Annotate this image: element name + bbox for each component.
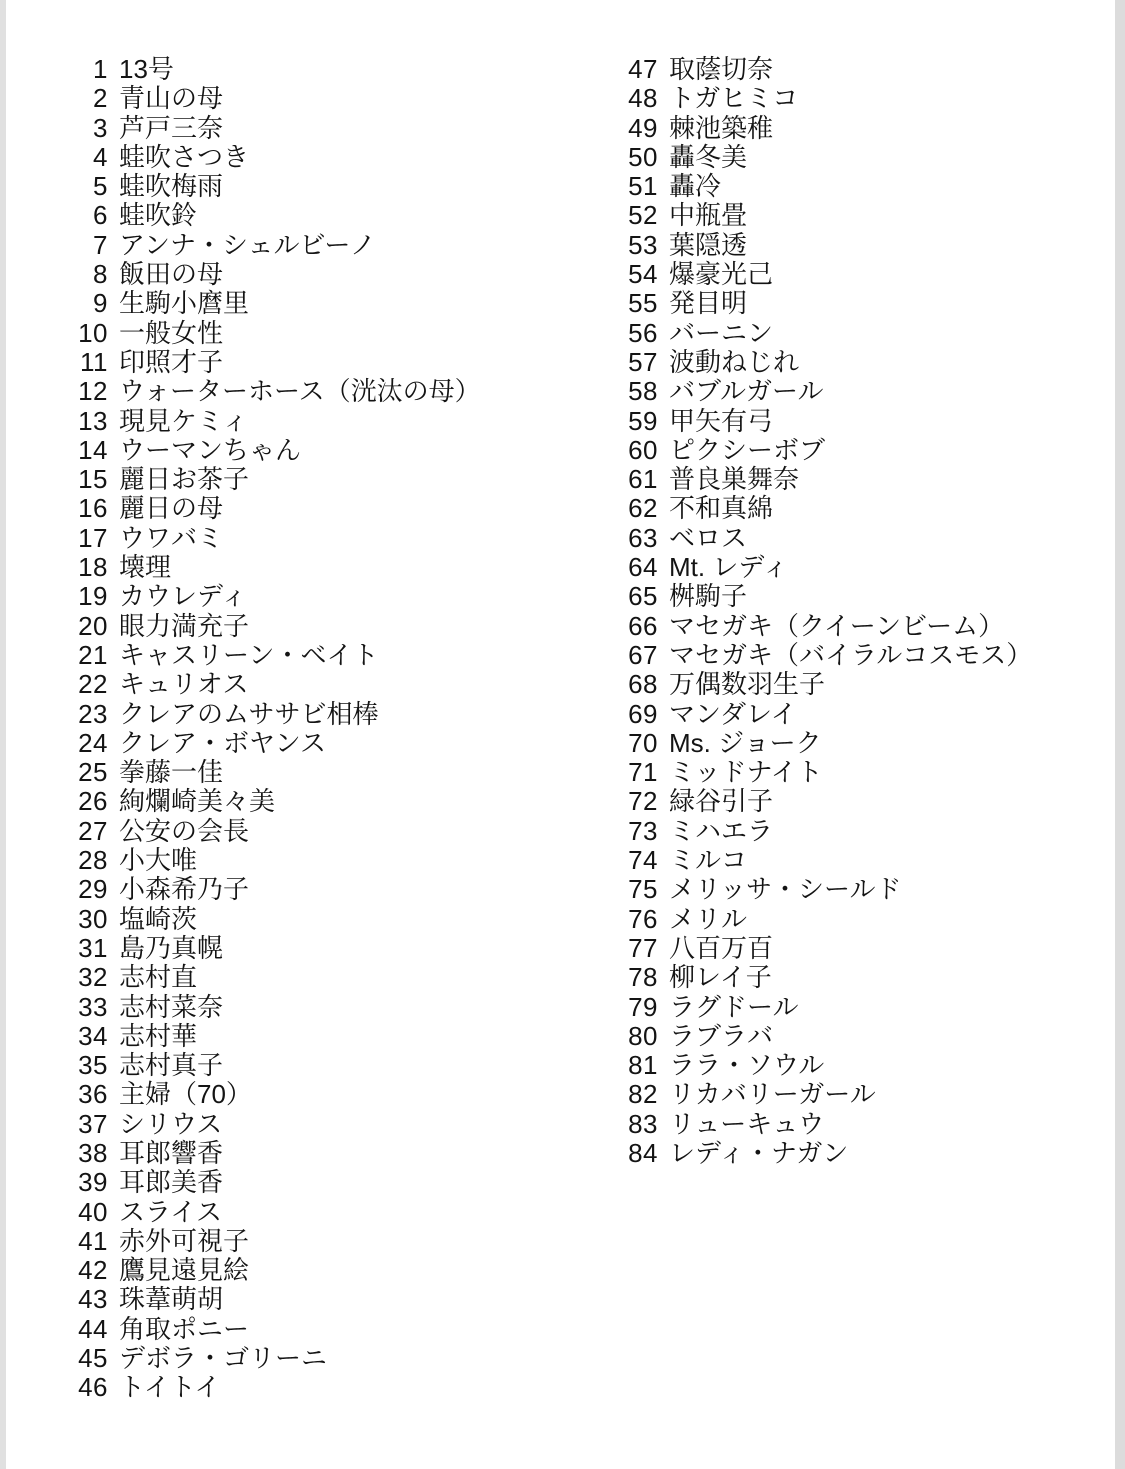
list-entry: 30塩崎茨 <box>68 905 618 934</box>
entry-name: ラグドール <box>669 993 798 1022</box>
list-entry: 10一般女性 <box>68 319 618 348</box>
entry-number: 3 <box>68 114 108 143</box>
list-entry: 57波動ねじれ <box>618 348 1032 377</box>
list-entry: 9生駒小麿里 <box>68 289 618 318</box>
entry-number: 10 <box>68 319 108 348</box>
list-entry: 113号 <box>68 55 618 84</box>
entry-name: キャスリーン・ベイト <box>119 641 378 670</box>
entry-number: 48 <box>618 84 658 113</box>
list-entry: 54爆豪光己 <box>618 260 1032 289</box>
entry-name: 志村菜奈 <box>119 993 223 1022</box>
entry-number: 63 <box>618 524 658 553</box>
entry-number: 16 <box>68 494 108 523</box>
list-entry: 47取蔭切奈 <box>618 55 1032 84</box>
entry-number: 45 <box>68 1344 108 1373</box>
list-entry: 22キュリオス <box>68 670 618 699</box>
list-entry: 70Ms. ジョーク <box>618 729 1032 758</box>
entry-number: 64 <box>618 553 658 582</box>
entry-name: 甲矢有弓 <box>669 407 773 436</box>
list-entry: 50轟冬美 <box>618 143 1032 172</box>
entry-name: 珠葦萌胡 <box>119 1285 223 1314</box>
entry-number: 9 <box>68 289 108 318</box>
list-entry: 5蛙吹梅雨 <box>68 172 618 201</box>
entry-name: デボラ・ゴリーニ <box>119 1344 327 1373</box>
entry-number: 11 <box>68 348 108 377</box>
entry-name: 眼力満充子 <box>119 612 249 641</box>
list-entry: 19カウレディ <box>68 582 618 611</box>
entry-number: 80 <box>618 1022 658 1051</box>
entry-name: 緑谷引子 <box>669 787 773 816</box>
entry-name: 麗日お茶子 <box>119 465 249 494</box>
list-entry: 12ウォーターホース（洸汰の母） <box>68 377 618 406</box>
entry-name: 一般女性 <box>119 319 223 348</box>
list-entry: 39耳郎美香 <box>68 1168 618 1197</box>
entry-name: 壊理 <box>119 553 171 582</box>
entry-name: ベロス <box>669 524 747 553</box>
list-entry: 36主婦（70） <box>68 1080 618 1109</box>
list-entry: 80ラブラバ <box>618 1022 1032 1051</box>
entry-number: 62 <box>618 494 658 523</box>
entry-number: 79 <box>618 993 658 1022</box>
list-entry: 29小森希乃子 <box>68 875 618 904</box>
list-entry: 4蛙吹さつき <box>68 143 618 172</box>
list-entry: 79ラグドール <box>618 993 1032 1022</box>
entry-number: 53 <box>618 231 658 260</box>
entry-number: 60 <box>618 436 658 465</box>
entry-number: 21 <box>68 641 108 670</box>
list-entry: 3芦戸三奈 <box>68 114 618 143</box>
list-entry: 18壊理 <box>68 553 618 582</box>
right-gutter <box>1115 0 1125 1469</box>
entry-name: ウワバミ <box>119 524 223 553</box>
entry-name: 轟冬美 <box>669 143 747 172</box>
entry-number: 70 <box>618 729 658 758</box>
list-entry: 55発目明 <box>618 289 1032 318</box>
entry-name: 小大唯 <box>119 846 197 875</box>
entry-number: 7 <box>68 231 108 260</box>
list-entry: 33志村菜奈 <box>68 993 618 1022</box>
document-page: 113号2青山の母3芦戸三奈4蛙吹さつき5蛙吹梅雨6蛙吹鈴7アンナ・シェルビーノ… <box>0 0 1125 1469</box>
entry-name: クレア・ボヤンス <box>119 729 326 758</box>
entry-number: 23 <box>68 700 108 729</box>
entry-name: スライス <box>119 1198 222 1227</box>
entry-name: 八百万百 <box>669 934 773 963</box>
entry-name: 轟冷 <box>669 172 721 201</box>
entry-number: 6 <box>68 201 108 230</box>
list-entry: 76メリル <box>618 905 1032 934</box>
list-entry: 28小大唯 <box>68 846 618 875</box>
list-entry: 58バブルガール <box>618 377 1032 406</box>
entry-number: 58 <box>618 377 658 406</box>
list-entry: 73ミハエラ <box>618 817 1032 846</box>
entry-name: 葉隠透 <box>669 231 747 260</box>
entry-name: 絢爛崎美々美 <box>119 787 275 816</box>
entry-number: 15 <box>68 465 108 494</box>
entry-name: ラブラバ <box>669 1022 773 1051</box>
entry-name: シリウス <box>119 1110 222 1139</box>
list-entry: 25拳藤一佳 <box>68 758 618 787</box>
entry-number: 19 <box>68 582 108 611</box>
entry-number: 27 <box>68 817 108 846</box>
list-entry: 53葉隠透 <box>618 231 1032 260</box>
entry-name: 志村直 <box>119 963 197 992</box>
entry-name: ミハエラ <box>669 817 773 846</box>
entry-name: 島乃真幌 <box>119 934 223 963</box>
entry-name: ミルコ <box>669 846 747 875</box>
entry-name: ウォーターホース（洸汰の母） <box>119 377 481 406</box>
entry-number: 38 <box>68 1139 108 1168</box>
list-entry: 66マセガキ（クイーンビーム） <box>618 612 1032 641</box>
list-entry: 63ベロス <box>618 524 1032 553</box>
list-entry: 20眼力満充子 <box>68 612 618 641</box>
entry-number: 2 <box>68 84 108 113</box>
entry-name: アンナ・シェルビーノ <box>119 231 376 260</box>
entry-number: 52 <box>618 201 658 230</box>
list-entry: 60ピクシーボブ <box>618 436 1032 465</box>
list-entry: 24クレア・ボヤンス <box>68 729 618 758</box>
entry-name: 現見ケミィ <box>119 407 248 436</box>
entry-name: 蛙吹鈴 <box>119 201 197 230</box>
entry-number: 55 <box>618 289 658 318</box>
entry-number: 49 <box>618 114 658 143</box>
entry-number: 73 <box>618 817 658 846</box>
entry-name: クレアのムササビ相棒 <box>119 700 378 729</box>
list-entry: 62不和真綿 <box>618 494 1032 523</box>
entry-number: 54 <box>618 260 658 289</box>
list-entry: 69マンダレイ <box>618 700 1032 729</box>
entry-name: ウーマンちゃん <box>119 436 301 465</box>
entry-number: 24 <box>68 729 108 758</box>
entry-number: 17 <box>68 524 108 553</box>
entry-number: 32 <box>68 963 108 992</box>
list-entry: 46トイトイ <box>68 1373 618 1402</box>
entry-number: 66 <box>618 612 658 641</box>
entry-number: 68 <box>618 670 658 699</box>
entry-name: 青山の母 <box>119 84 223 113</box>
entry-number: 84 <box>618 1139 658 1168</box>
entry-name: 発目明 <box>669 289 747 318</box>
list-entry: 72緑谷引子 <box>618 787 1032 816</box>
entry-number: 65 <box>618 582 658 611</box>
list-entry: 8飯田の母 <box>68 260 618 289</box>
entry-name: 蛙吹さつき <box>119 143 249 172</box>
list-entry: 42鷹見遠見絵 <box>68 1256 618 1285</box>
entry-name: 鷹見遠見絵 <box>119 1256 249 1285</box>
entry-number: 36 <box>68 1080 108 1109</box>
entry-number: 39 <box>68 1168 108 1197</box>
entry-number: 29 <box>68 875 108 904</box>
entry-number: 82 <box>618 1080 658 1109</box>
list-entry: 48トガヒミコ <box>618 84 1032 113</box>
entry-name: 赤外可視子 <box>119 1227 249 1256</box>
entry-name: メリル <box>669 905 747 934</box>
entry-number: 1 <box>68 55 108 84</box>
list-entry: 61普良巣舞奈 <box>618 465 1032 494</box>
list-entry: 67マセガキ（バイラルコスモス） <box>618 641 1032 670</box>
list-entry: 35志村真子 <box>68 1051 618 1080</box>
list-entry: 23クレアのムササビ相棒 <box>68 700 618 729</box>
entry-name: 不和真綿 <box>669 494 773 523</box>
entry-number: 26 <box>68 787 108 816</box>
entry-number: 67 <box>618 641 658 670</box>
entry-number: 42 <box>68 1256 108 1285</box>
entry-number: 30 <box>68 905 108 934</box>
list-entry: 74ミルコ <box>618 846 1032 875</box>
list-entry: 64Mt. レディ <box>618 553 1032 582</box>
list-entry: 11印照才子 <box>68 348 618 377</box>
entry-name: 芦戸三奈 <box>119 114 223 143</box>
entry-number: 71 <box>618 758 658 787</box>
list-entry: 40スライス <box>68 1198 618 1227</box>
entry-number: 13 <box>68 407 108 436</box>
entry-name: 塩崎茨 <box>119 905 197 934</box>
entry-name: ピクシーボブ <box>669 436 825 465</box>
entry-number: 43 <box>68 1285 108 1314</box>
list-entry: 34志村華 <box>68 1022 618 1051</box>
entry-name: 印照才子 <box>119 348 223 377</box>
entry-number: 77 <box>618 934 658 963</box>
entry-name: Mt. レディ <box>669 553 788 582</box>
entry-name: ララ・ソウル <box>669 1051 824 1080</box>
entry-name: マンダレイ <box>669 700 797 729</box>
list-entry: 26絢爛崎美々美 <box>68 787 618 816</box>
list-entry: 78柳レイ子 <box>618 963 1032 992</box>
entry-number: 74 <box>618 846 658 875</box>
entry-number: 76 <box>618 905 658 934</box>
entry-name: マセガキ（クイーンビーム） <box>669 612 1004 641</box>
entry-name: リューキュウ <box>669 1110 824 1139</box>
list-entry: 17ウワバミ <box>68 524 618 553</box>
entry-name: 志村真子 <box>119 1051 223 1080</box>
entry-number: 8 <box>68 260 108 289</box>
list-entry: 13現見ケミィ <box>68 407 618 436</box>
list-entry: 41赤外可視子 <box>68 1227 618 1256</box>
list-entry: 45デボラ・ゴリーニ <box>68 1344 618 1373</box>
entry-name: 爆豪光己 <box>669 260 773 289</box>
name-list-column-2: 47取蔭切奈48トガヒミコ49棘池築稚50轟冬美51轟冷52中瓶畳53葉隠透54… <box>618 55 1032 1168</box>
entry-number: 61 <box>618 465 658 494</box>
entry-name: カウレディ <box>119 582 247 611</box>
entry-name: マセガキ（バイラルコスモス） <box>669 641 1032 670</box>
list-entry: 43珠葦萌胡 <box>68 1285 618 1314</box>
entry-number: 14 <box>68 436 108 465</box>
entry-number: 47 <box>618 55 658 84</box>
entry-name: 志村華 <box>119 1022 197 1051</box>
list-entry: 75メリッサ・シールド <box>618 875 1032 904</box>
list-entry: 32志村直 <box>68 963 618 992</box>
list-entry: 15麗日お茶子 <box>68 465 618 494</box>
list-entry: 71ミッドナイト <box>618 758 1032 787</box>
entry-name: 主婦（70） <box>119 1080 252 1109</box>
list-entry: 21キャスリーン・ベイト <box>68 641 618 670</box>
entry-number: 33 <box>68 993 108 1022</box>
entry-name: キュリオス <box>119 670 248 699</box>
list-entry: 27公安の会長 <box>68 817 618 846</box>
entry-name: 飯田の母 <box>119 260 223 289</box>
entry-number: 72 <box>618 787 658 816</box>
entry-name: トガヒミコ <box>669 84 798 113</box>
entry-number: 81 <box>618 1051 658 1080</box>
entry-number: 5 <box>68 172 108 201</box>
list-entry: 68万偶数羽生子 <box>618 670 1032 699</box>
entry-number: 25 <box>68 758 108 787</box>
entry-name: 普良巣舞奈 <box>669 465 799 494</box>
list-entry: 31島乃真幌 <box>68 934 618 963</box>
entry-name: 生駒小麿里 <box>119 289 249 318</box>
list-entry: 52中瓶畳 <box>618 201 1032 230</box>
entry-name: 麗日の母 <box>119 494 223 523</box>
list-entry: 51轟冷 <box>618 172 1032 201</box>
entry-number: 12 <box>68 377 108 406</box>
entry-name: トイトイ <box>119 1373 220 1402</box>
list-entry: 82リカバリーガール <box>618 1080 1032 1109</box>
list-entry: 65桝駒子 <box>618 582 1032 611</box>
entry-number: 56 <box>618 319 658 348</box>
entry-name: 棘池築稚 <box>669 114 773 143</box>
entry-name: バブルガール <box>669 377 823 406</box>
entry-name: 取蔭切奈 <box>669 55 773 84</box>
entry-name: 中瓶畳 <box>669 201 747 230</box>
name-list-column-1: 113号2青山の母3芦戸三奈4蛙吹さつき5蛙吹梅雨6蛙吹鈴7アンナ・シェルビーノ… <box>68 55 618 1403</box>
entry-name: Ms. ジョーク <box>669 729 822 758</box>
entry-name: 耳郎美香 <box>119 1168 223 1197</box>
list-entry: 2青山の母 <box>68 84 618 113</box>
list-entry: 16麗日の母 <box>68 494 618 523</box>
entry-name: 万偶数羽生子 <box>669 670 825 699</box>
entry-number: 34 <box>68 1022 108 1051</box>
entry-name: 耳郎響香 <box>119 1139 223 1168</box>
entry-number: 69 <box>618 700 658 729</box>
entry-number: 4 <box>68 143 108 172</box>
entry-name: バーニン <box>669 319 773 348</box>
entry-name: 13号 <box>119 55 174 84</box>
entry-name: 小森希乃子 <box>119 875 249 904</box>
entry-number: 75 <box>618 875 658 904</box>
entry-number: 40 <box>68 1198 108 1227</box>
list-entry: 7アンナ・シェルビーノ <box>68 231 618 260</box>
entry-number: 78 <box>618 963 658 992</box>
name-list: 113号2青山の母3芦戸三奈4蛙吹さつき5蛙吹梅雨6蛙吹鈴7アンナ・シェルビーノ… <box>0 55 1115 1403</box>
entry-number: 35 <box>68 1051 108 1080</box>
list-entry: 77八百万百 <box>618 934 1032 963</box>
list-entry: 84レディ・ナガン <box>618 1139 1032 1168</box>
list-entry: 44角取ポニー <box>68 1315 618 1344</box>
entry-name: 公安の会長 <box>119 817 249 846</box>
list-entry: 14ウーマンちゃん <box>68 436 618 465</box>
list-entry: 38耳郎響香 <box>68 1139 618 1168</box>
entry-number: 44 <box>68 1315 108 1344</box>
entry-number: 59 <box>618 407 658 436</box>
entry-name: 蛙吹梅雨 <box>119 172 223 201</box>
entry-name: メリッサ・シールド <box>669 875 901 904</box>
entry-name: 角取ポニー <box>119 1315 249 1344</box>
entry-number: 22 <box>68 670 108 699</box>
list-entry: 83リューキュウ <box>618 1110 1032 1139</box>
list-entry: 49棘池築稚 <box>618 114 1032 143</box>
entry-number: 31 <box>68 934 108 963</box>
list-entry: 37シリウス <box>68 1110 618 1139</box>
entry-name: 波動ねじれ <box>669 348 799 377</box>
entry-number: 51 <box>618 172 658 201</box>
list-entry: 81ララ・ソウル <box>618 1051 1032 1080</box>
entry-number: 50 <box>618 143 658 172</box>
list-entry: 6蛙吹鈴 <box>68 201 618 230</box>
entry-number: 83 <box>618 1110 658 1139</box>
entry-name: レディ・ナガン <box>669 1139 848 1168</box>
entry-number: 46 <box>68 1373 108 1402</box>
entry-name: 拳藤一佳 <box>119 758 223 787</box>
entry-number: 20 <box>68 612 108 641</box>
entry-number: 28 <box>68 846 108 875</box>
entry-name: 桝駒子 <box>669 582 747 611</box>
entry-name: 柳レイ子 <box>669 963 772 992</box>
entry-name: ミッドナイト <box>669 758 823 787</box>
entry-number: 57 <box>618 348 658 377</box>
entry-number: 18 <box>68 553 108 582</box>
entry-number: 41 <box>68 1227 108 1256</box>
entry-name: リカバリーガール <box>669 1080 876 1109</box>
list-entry: 59甲矢有弓 <box>618 407 1032 436</box>
list-entry: 56バーニン <box>618 319 1032 348</box>
entry-number: 37 <box>68 1110 108 1139</box>
